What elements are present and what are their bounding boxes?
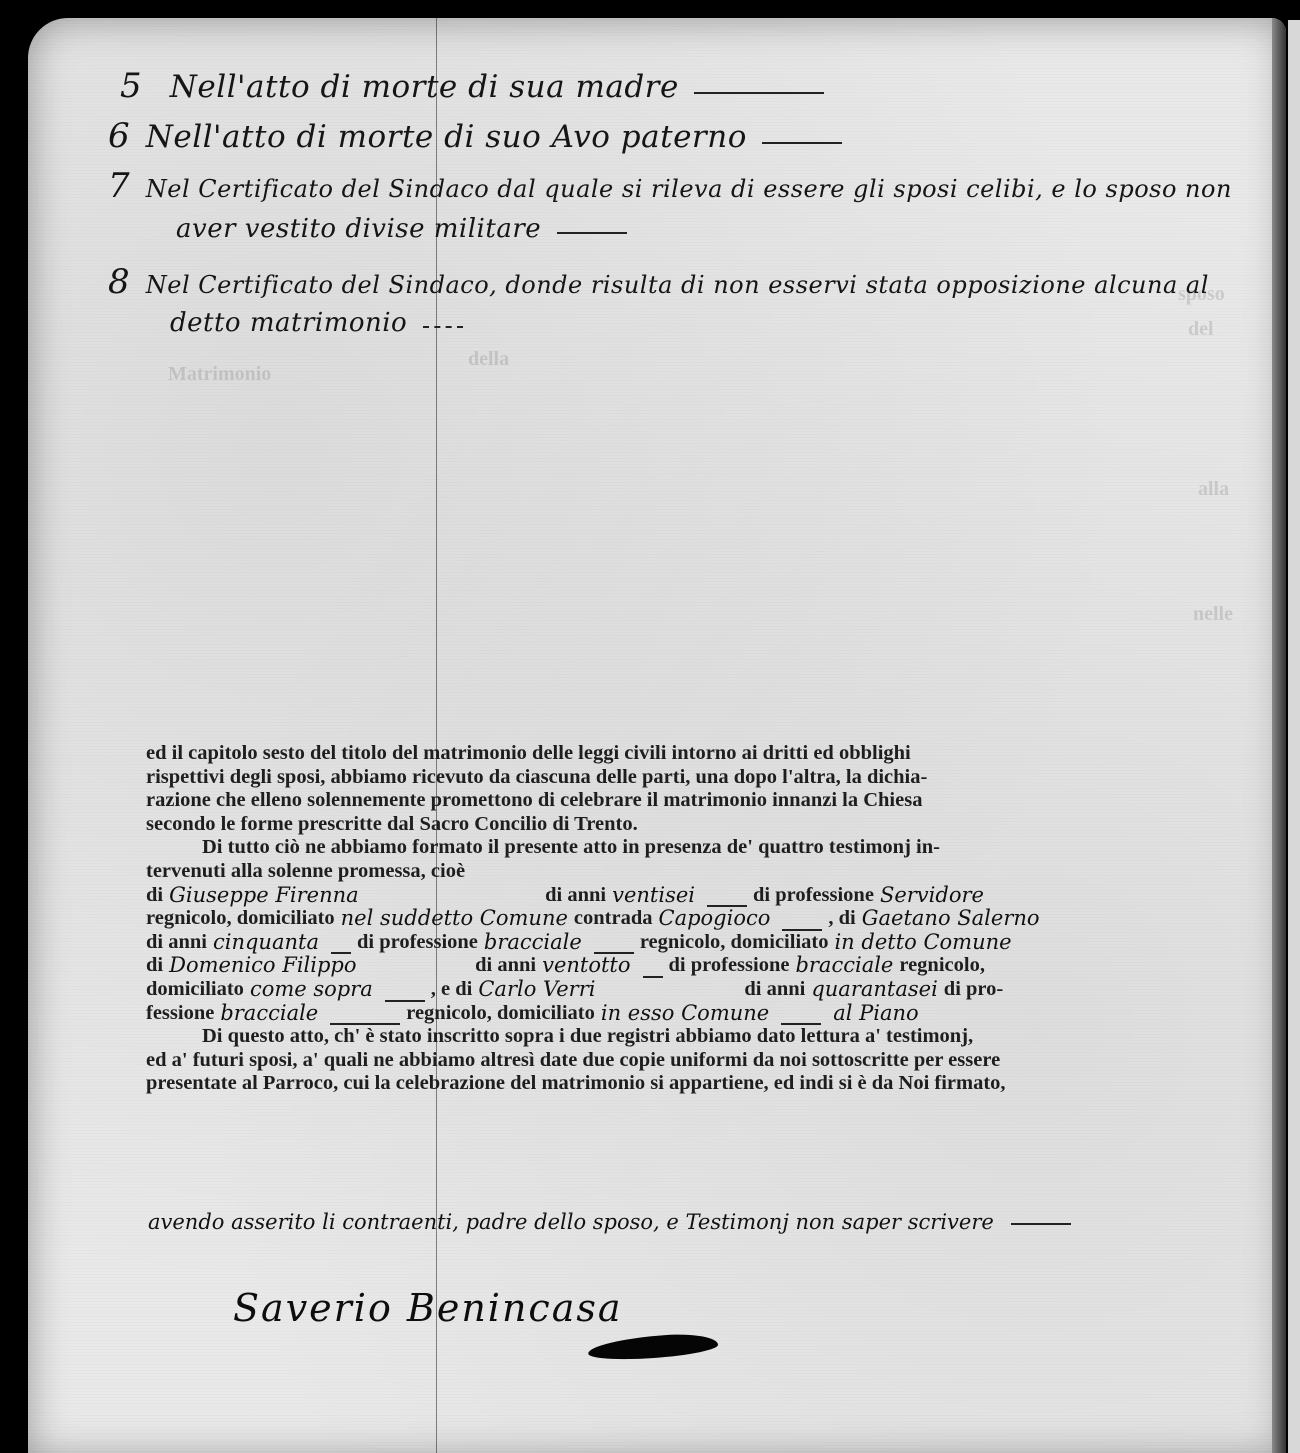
ink-flourish: [587, 1331, 718, 1362]
witness-4-name: Carlo Verri: [472, 978, 744, 1002]
printed-line: ed a' futuri sposi, a' quali ne abbiamo …: [146, 1049, 1226, 1073]
witness-1-name: Giuseppe Firenna: [163, 884, 545, 908]
witness-4-domicile: in esso Comune: [595, 1002, 775, 1026]
bleed-through-text: del: [1188, 318, 1214, 341]
handwritten-item-7: 7 Nel Certificato del Sindaco dal quale …: [108, 166, 1232, 206]
witness-2-profession: bracciale: [478, 931, 588, 955]
witness-4-domicile-line: fessione bracciale regnicolo, domiciliat…: [146, 1002, 1226, 1026]
printed-line: presentate al Parroco, cui la celebrazio…: [146, 1072, 1226, 1096]
witness-1-domicile: nel suddetto Comune: [335, 907, 574, 931]
witness-2-age: cinquanta: [207, 931, 325, 955]
handwritten-closing-note: avendo asserito li contraenti, padre del…: [148, 1210, 1071, 1234]
witness-2-name: Gaetano Salerno: [856, 907, 1046, 931]
scan-border-top: [0, 0, 1300, 18]
printed-line: tervenuti alla solenne promessa, cioè: [146, 860, 1226, 884]
bleed-through-text: della: [468, 348, 509, 371]
bleed-through-text: Matrimonio: [168, 363, 271, 386]
witness-4-age: quarantasei: [805, 978, 943, 1002]
printed-line: Di tutto ciò ne abbiamo formato il prese…: [146, 836, 1226, 860]
witness-3-age: ventotto: [536, 954, 636, 978]
witness-4-line: domiciliato come sopra , e di Carlo Verr…: [146, 978, 1226, 1002]
bleed-through-text: nelle: [1193, 603, 1233, 626]
adjacent-page-edge: [1288, 20, 1300, 1453]
official-signature: Saverio Benincasa: [233, 1286, 623, 1330]
printed-line: Di questo atto, ch' è stato inscritto so…: [146, 1025, 1226, 1049]
witness-2-domicile: in detto Comune: [828, 931, 1017, 955]
document-page: sposo del Matrimonio della alla nelle 5 …: [28, 18, 1286, 1453]
witness-1-age: ventisei: [606, 884, 701, 908]
printed-line: razione che elleno solennemente prometto…: [146, 789, 1226, 813]
witness-1-profession: Servidore: [874, 884, 990, 908]
witness-4-location: al Piano: [827, 1002, 924, 1026]
handwritten-item-5: 5 Nell'atto di morte di sua madre: [120, 66, 824, 106]
witness-4-profession: bracciale: [214, 1002, 324, 1026]
witness-3-domicile: come sopra: [244, 978, 379, 1002]
witness-1-line: di Giuseppe Firenna di anni ventisei di …: [146, 884, 1226, 908]
printed-line: ed il capitolo sesto del titolo del matr…: [146, 742, 1226, 766]
witness-2-line: di anni cinquanta di professione braccia…: [146, 931, 1226, 955]
handwritten-item-8-continuation: detto matrimonio: [170, 308, 463, 338]
handwritten-item-6: 6 Nell'atto di morte di suo Avo paterno: [108, 116, 842, 156]
bleed-through-text: alla: [1198, 478, 1229, 501]
witness-3-line: di Domenico Filippo di anni ventotto di …: [146, 954, 1226, 978]
handwritten-item-8: 8 Nel Certificato del Sindaco, donde ris…: [108, 262, 1209, 302]
handwritten-item-7-continuation: aver vestito divise militare: [176, 214, 627, 244]
printed-line: rispettivi degli sposi, abbiamo ricevuto…: [146, 766, 1226, 790]
printed-line: secondo le forme prescritte dal Sacro Co…: [146, 813, 1226, 837]
page-edge-shadow: [1272, 18, 1286, 1453]
printed-form: ed il capitolo sesto del titolo del matr…: [146, 742, 1226, 1096]
witness-1-domicile-line: regnicolo, domiciliato nel suddetto Comu…: [146, 907, 1226, 931]
witness-3-profession: bracciale: [789, 954, 899, 978]
witness-3-name: Domenico Filippo: [163, 954, 475, 978]
witness-1-contrada: Capogioco: [653, 907, 777, 931]
